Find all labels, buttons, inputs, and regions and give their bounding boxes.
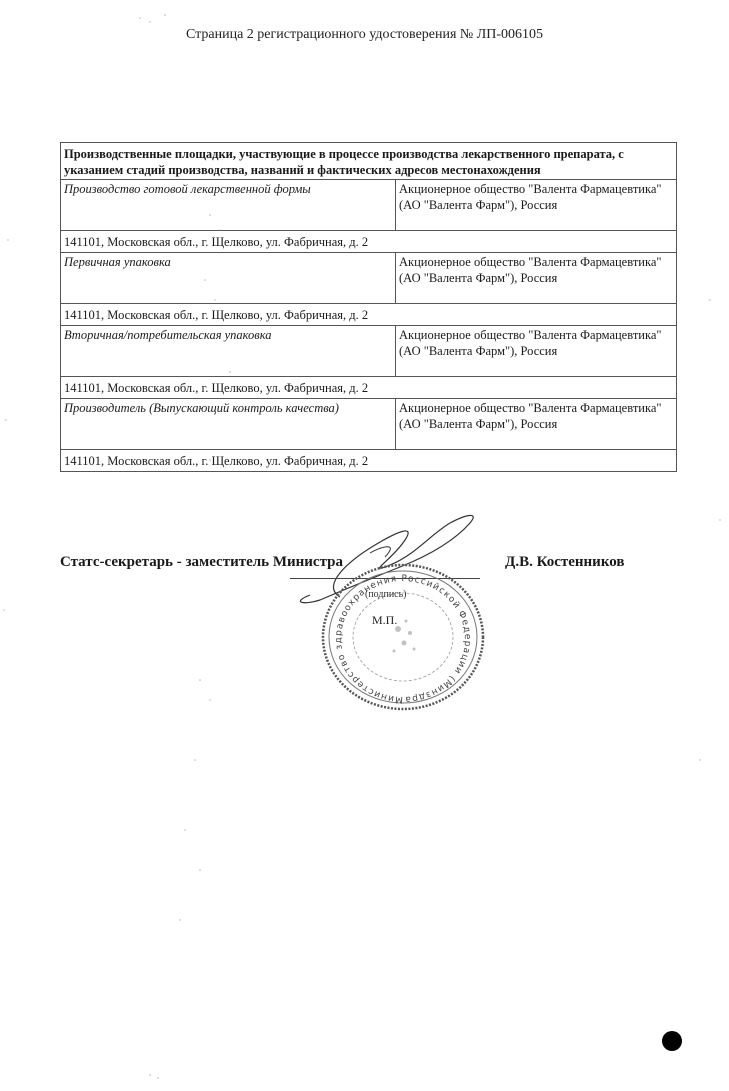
table-row: 141101, Московская обл., г. Щелково, ул.… [61, 304, 677, 326]
svg-text:Министерство здравоохранения Р: Министерство здравоохранения Российской … [318, 559, 472, 704]
address-cell: 141101, Московская обл., г. Щелково, ул.… [61, 377, 677, 399]
official-seal-icon: Министерство здравоохранения Российской … [318, 559, 488, 711]
table-row: 141101, Московская обл., г. Щелково, ул.… [61, 231, 677, 253]
table-row: Производитель (Выпускающий контроль каче… [61, 399, 677, 450]
address-cell: 141101, Московская обл., г. Щелково, ул.… [61, 450, 677, 472]
organization-cell: Акционерное общество "Валента Фармацевти… [396, 399, 677, 450]
organization-cell: Акционерное общество "Валента Фармацевти… [396, 180, 677, 231]
organization-cell: Акционерное общество "Валента Фармацевти… [396, 253, 677, 304]
stage-cell: Производитель (Выпускающий контроль каче… [61, 399, 396, 450]
signer-title: Статс-секретарь - заместитель Министра [60, 553, 343, 571]
table-row: Вторичная/потребительская упаковка Акцио… [61, 326, 677, 377]
stage-cell: Производство готовой лекарственной формы [61, 180, 396, 231]
address-cell: 141101, Московская обл., г. Щелково, ул.… [61, 304, 677, 326]
organization-cell: Акционерное общество "Валента Фармацевти… [396, 326, 677, 377]
signer-name: Д.В. Костенников [505, 553, 625, 571]
corner-mark-icon [662, 1031, 682, 1051]
address-cell: 141101, Московская обл., г. Щелково, ул.… [61, 231, 677, 253]
signature-caption: (подпись) [365, 589, 407, 600]
table-heading: Производственные площадки, участвующие в… [61, 143, 677, 180]
signer-title-text: Статс-секретарь - заместитель Министра [60, 554, 343, 570]
stage-cell: Вторичная/потребительская упаковка [61, 326, 396, 377]
signature-block: Статс-секретарь - заместитель Министра Д… [60, 553, 680, 723]
table-row: Производство готовой лекарственной формы… [61, 180, 677, 231]
table-row: 141101, Московская обл., г. Щелково, ул.… [61, 450, 677, 472]
page-header: Страница 2 регистрационного удостоверени… [0, 27, 729, 43]
production-sites-table: Производственные площадки, участвующие в… [60, 142, 677, 472]
table-row: 141101, Московская обл., г. Щелково, ул.… [61, 377, 677, 399]
stage-cell: Первичная упаковка [61, 253, 396, 304]
table-row: Первичная упаковка Акционерное общество … [61, 253, 677, 304]
seal-label: М.П. [372, 613, 397, 628]
table-heading-row: Производственные площадки, участвующие в… [61, 143, 677, 180]
